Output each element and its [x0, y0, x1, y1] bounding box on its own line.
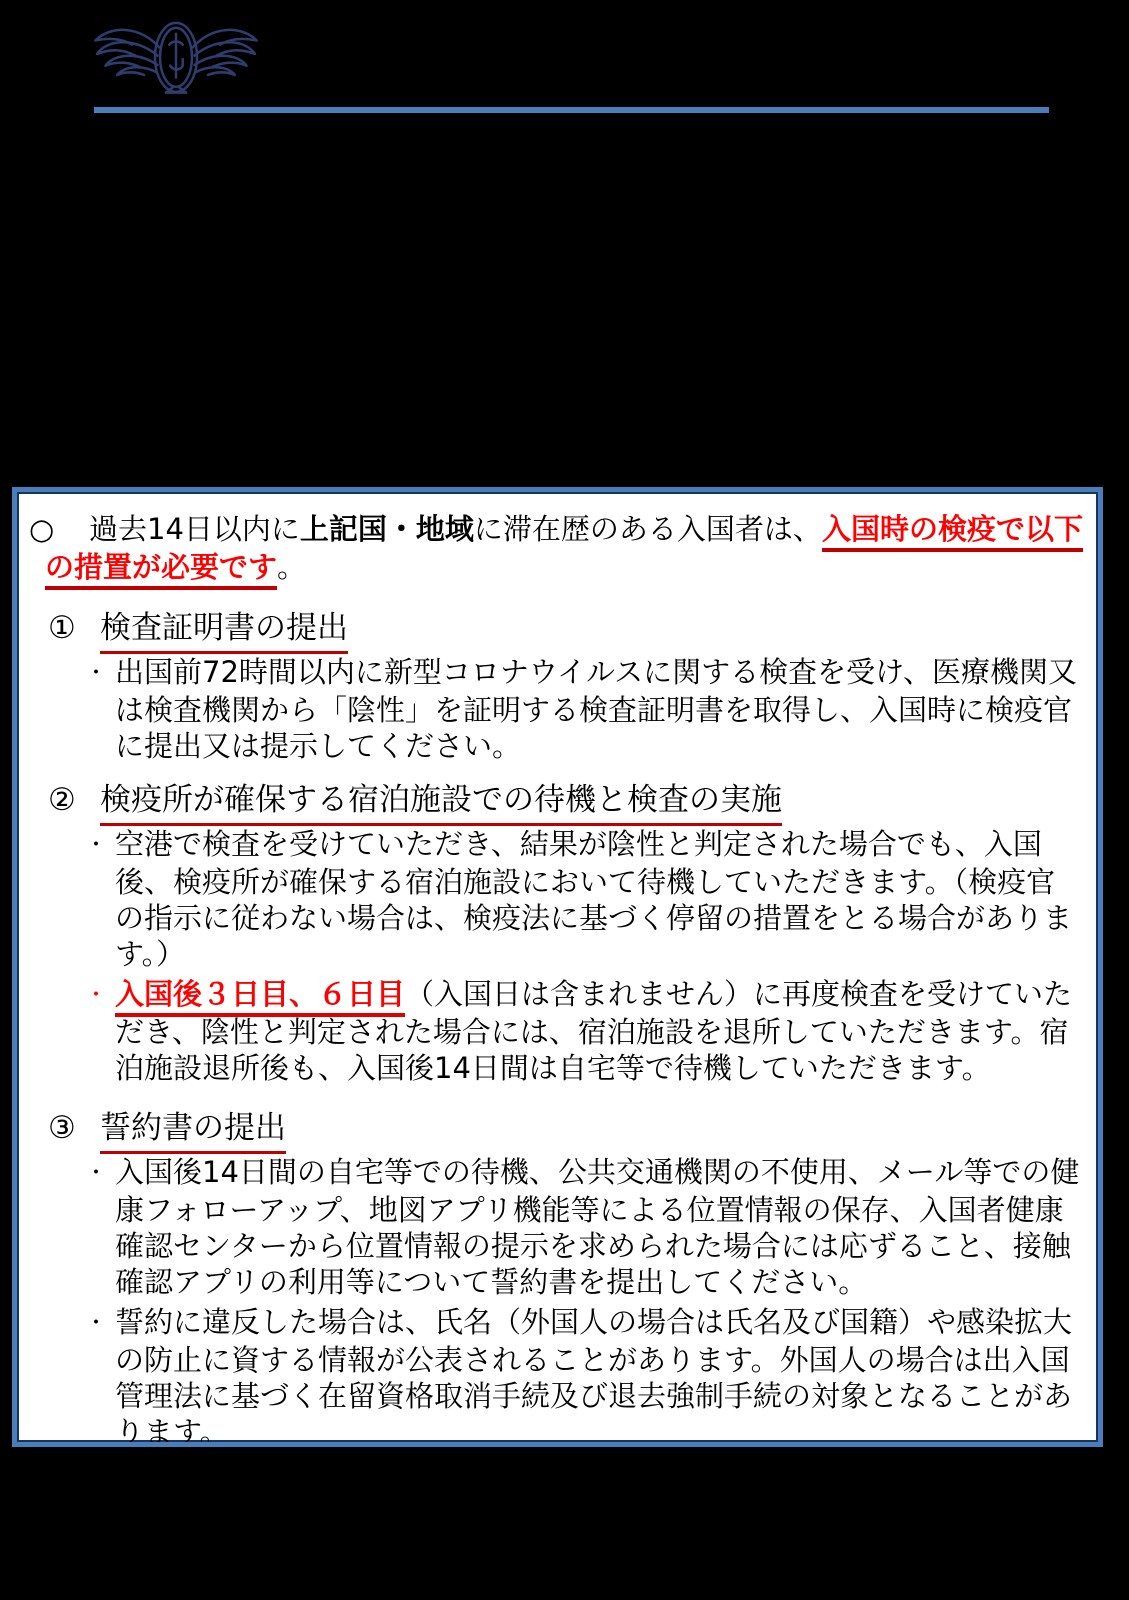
bullet-marker: ・ — [85, 1306, 115, 1342]
quarantine-emblem-icon — [92, 16, 260, 102]
section-2-title: 検疫所が確保する宿泊施設での待機と検査の実施 — [100, 782, 782, 826]
bullet-marker: ・ — [85, 1156, 115, 1192]
bullet-marker: ・ — [85, 656, 115, 692]
bullet-item: ・空港で検査を受けていただき、結果が陰性と判定された場合でも、入国後、検疫所が確… — [29, 826, 1084, 972]
section-1-number: ① — [48, 610, 100, 646]
bullet-marker: ・ — [85, 828, 115, 864]
intro-bold-region: 上記国・地域 — [300, 512, 474, 546]
section-2-heading: ②検疫所が確保する宿泊施設での待機と検査の実施 — [29, 782, 1084, 818]
bullet-text: 空港で検査を受けていただき、結果が陰性と判定された場合でも、入国後、検疫所が確保… — [115, 827, 1072, 971]
section-2-number: ② — [48, 782, 100, 818]
section-3-bullets: ・入国後14日間の自宅等での待機、公共交通機関の不使用、メール等での健康フォロー… — [29, 1154, 1084, 1447]
red-bullet-marker: ・ — [85, 978, 115, 1014]
intro-text-1: 過去14日以内に — [89, 512, 300, 546]
section-3-heading: ③誓約書の提出 — [29, 1110, 1084, 1146]
header-divider-line — [94, 107, 1049, 113]
section-written-pledge: ③誓約書の提出 ・入国後14日間の自宅等での待機、公共交通機関の不使用、メール等… — [29, 1110, 1084, 1447]
intro-paragraph: ○過去14日以内に上記国・地域に滞在歴のある入国者は、入国時の検疫で以下の措置が… — [29, 510, 1084, 586]
bullet-item: ・誓約に違反した場合は、氏名（外国人の場合は氏名及び国籍）や感染拡大の防止に資す… — [29, 1304, 1084, 1447]
intro-period: 。 — [277, 550, 306, 584]
quarantine-notice-box: ○過去14日以内に上記国・地域に滞在歴のある入国者は、入国時の検疫で以下の措置が… — [12, 487, 1103, 1447]
section-1-title: 検査証明書の提出 — [100, 610, 348, 654]
section-facility-quarantine: ②検疫所が確保する宿泊施設での待機と検査の実施 ・空港で検査を受けていただき、結… — [29, 782, 1084, 1086]
bullet-item-red: ・入国後３日目、６日目（入国日は含まれません）に再度検査を受けていただき、陰性と… — [29, 976, 1084, 1086]
bullet-text: 入国後14日間の自宅等での待機、公共交通機関の不使用、メール等での健康フォローア… — [115, 1155, 1079, 1299]
section-3-number: ③ — [48, 1110, 100, 1146]
bullet-item: ・出国前72時間以内に新型コロナウイルスに関する検査を受け、医療機関又は検査機関… — [29, 654, 1084, 764]
section-1-heading: ①検査証明書の提出 — [29, 610, 1084, 646]
circle-list-marker: ○ — [29, 510, 89, 548]
bullet-text: 出国前72時間以内に新型コロナウイルスに関する検査を受け、医療機関又は検査機関か… — [115, 655, 1077, 763]
intro-text-2: に滞在歴のある入国者は、 — [474, 512, 822, 546]
section-1-bullets: ・出国前72時間以内に新型コロナウイルスに関する検査を受け、医療機関又は検査機関… — [29, 654, 1084, 764]
section-2-bullets: ・空港で検査を受けていただき、結果が陰性と判定された場合でも、入国後、検疫所が確… — [29, 826, 1084, 1086]
section-test-certificate: ①検査証明書の提出 ・出国前72時間以内に新型コロナウイルスに関する検査を受け、… — [29, 610, 1084, 764]
bullet-red-emphasis: 入国後３日目、６日目 — [115, 977, 405, 1017]
right-wing — [193, 30, 257, 75]
bullet-text: 誓約に違反した場合は、氏名（外国人の場合は氏名及び国籍）や感染拡大の防止に資する… — [115, 1305, 1072, 1447]
section-3-title: 誓約書の提出 — [100, 1110, 286, 1154]
left-wing — [95, 30, 159, 75]
bullet-item: ・入国後14日間の自宅等での待機、公共交通機関の不使用、メール等での健康フォロー… — [29, 1154, 1084, 1300]
